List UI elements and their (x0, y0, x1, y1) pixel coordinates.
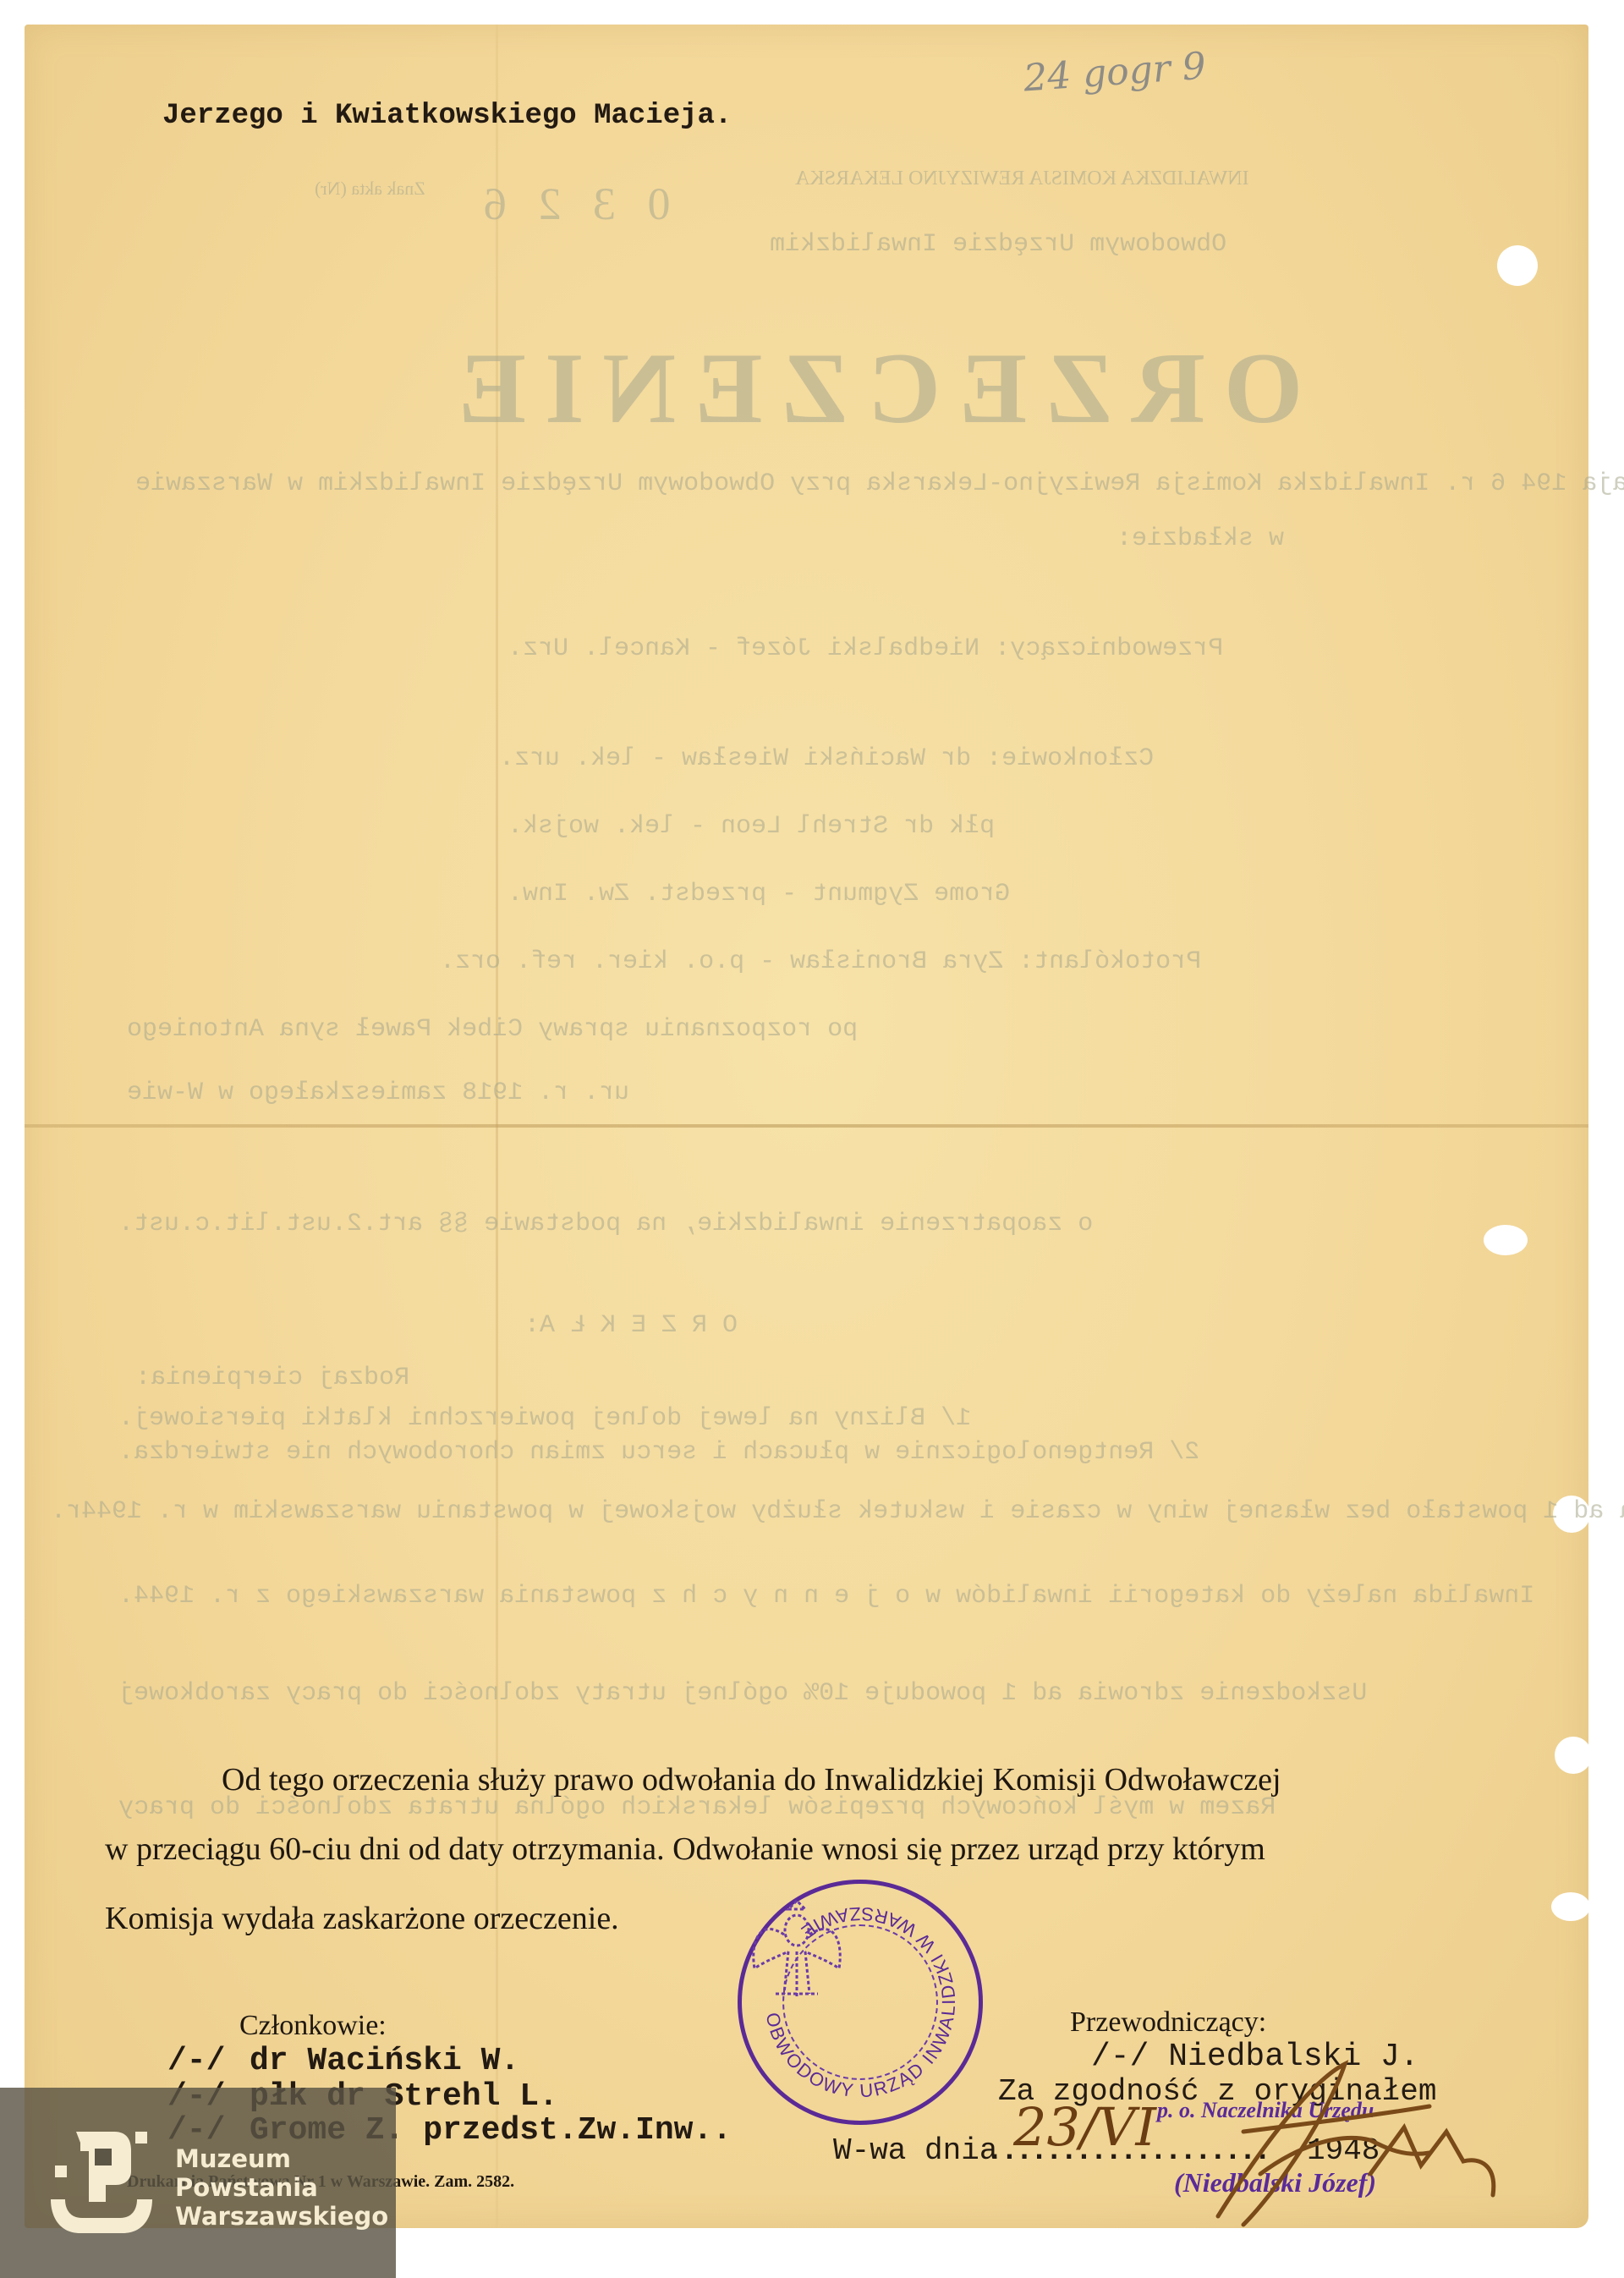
mirrored-line: Przewodniczący: Niedbalski Józef - Kance… (507, 634, 1223, 663)
mirrored-line: Protokólant: Zyra Bronisław - p.o. kier.… (440, 947, 1201, 976)
fold-line-horizontal (25, 1124, 1588, 1128)
members-label: Członkowie: (239, 2010, 387, 2042)
eagle-emblem-icon (742, 1884, 852, 2011)
mirrored-line: ur. r. 1918 zamieszkałego w W-wie (127, 1079, 629, 1107)
mirrored-line: Dnia 4 maja 194 6 r. Inwalidzka Komisja … (135, 469, 1624, 498)
member-entry: dr Waciński W. (250, 2043, 519, 2079)
mirrored-sign-label: Znak akta (Nr) (315, 178, 425, 200)
mirrored-line: O R Z E K Ł A: (524, 1311, 738, 1340)
appeal-notice-line: Komisja wydała zaskarżone orzeczenie. (105, 1900, 619, 1937)
place-date-label: W-wa dnia (833, 2133, 997, 2168)
museum-watermark-text: Muzeum Powstania Warszawskiego (175, 2144, 388, 2231)
watermark-line: Muzeum (175, 2144, 388, 2173)
punch-hole (1497, 245, 1538, 286)
chairman-label: Przewodniczący: (1070, 2006, 1266, 2039)
handwritten-signature (1210, 2047, 1548, 2242)
mirrored-line: po rozpoznaniu sprawy Cibek Paweł syna A… (127, 1015, 858, 1044)
official-round-stamp: OBWODOWY URZĄD INWALIDZKI W WARSZAWIE (738, 1880, 983, 2125)
mirrored-line: Uszkodzenie zdrowia ad 1 powoduje 10% og… (118, 1679, 1367, 1708)
appeal-notice-line: Od tego orzeczenia służy prawo odwołania… (222, 1761, 1281, 1798)
mirrored-line: 2/ Rentgenologicznie w płucach i sercu z… (118, 1438, 1199, 1467)
kotwica-anchor-logo-icon (51, 2127, 152, 2237)
watermark-line: Warszawskiego (175, 2202, 388, 2231)
handwritten-date: 23/VI (1013, 2096, 1156, 2158)
mirrored-institution: INWALIDZKA KOMISJA REWIZYJNO LEKARSKA (795, 167, 1249, 190)
mirrored-line: Grome Zygmunt - przedst. Zw. Inw. (507, 880, 1010, 908)
mirrored-line: w składzie: (1116, 524, 1284, 553)
punch-hole (1484, 1225, 1528, 1255)
mirrored-line: Uszkodzenie zdrowia ad 1 powstało bez wł… (51, 1497, 1624, 1526)
mirrored-line: Inwalida należy do kategorii inwalidów w… (118, 1582, 1534, 1611)
mirrored-office: Obwodowym Urzędzie Inwalidzkim (770, 230, 1226, 259)
mirrored-number: 0 3 2 6 (474, 178, 671, 230)
mirrored-line: Członkowie: dr Waciński Wiesław - lek. u… (499, 744, 1154, 773)
mirrored-line: Rodzaj cierpienia: (135, 1364, 409, 1392)
punch-hole (1551, 1892, 1590, 1921)
mirrored-title: ORZECZENIE (440, 330, 1303, 447)
mirrored-line: 1/ Blizny na lewej dolnej powierzchni kl… (118, 1404, 971, 1433)
mirrored-line: płk dr Strehl Leon - lek. wojsk. (507, 812, 995, 841)
punch-hole (1555, 1737, 1592, 1774)
typed-header-line: Jerzego i Kwiatkowskiego Macieja. (162, 100, 732, 132)
watermark-line: Powstania (175, 2173, 388, 2202)
appeal-notice-line: w przeciągu 60-ciu dni od daty otrzymani… (105, 1831, 1265, 1868)
mirrored-line: o zaopatrzenie inwalidzkie, na podstawie… (118, 1210, 1093, 1238)
member-entry-mark: /-/ (167, 2043, 225, 2079)
